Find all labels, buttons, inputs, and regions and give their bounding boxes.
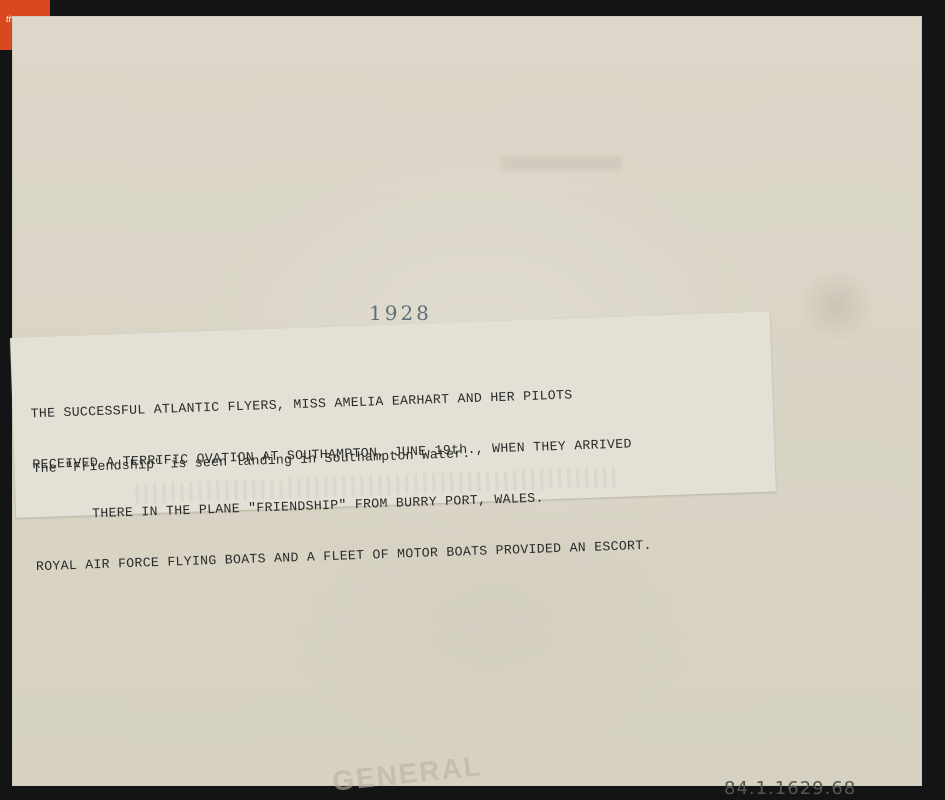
scan-stage: the Henry Ford 1928 GENERAL 84.1.1629.68…: [0, 0, 945, 800]
smudge-mark: [802, 266, 872, 346]
caption-strip: THE SUCCESSFUL ATLANTIC FLYERS, MISS AME…: [10, 311, 776, 517]
caption-line-4: ROYAL AIR FORCE FLYING BOATS AND A FLEET…: [36, 537, 652, 575]
year-stamp: 1928: [369, 301, 432, 325]
accession-number: 84.1.1629.68: [724, 778, 856, 799]
faint-mark: [502, 156, 622, 170]
caption-line-1: THE SUCCESSFUL ATLANTIC FLYERS, MISS AME…: [30, 384, 646, 422]
general-stamp: GENERAL: [331, 750, 484, 798]
